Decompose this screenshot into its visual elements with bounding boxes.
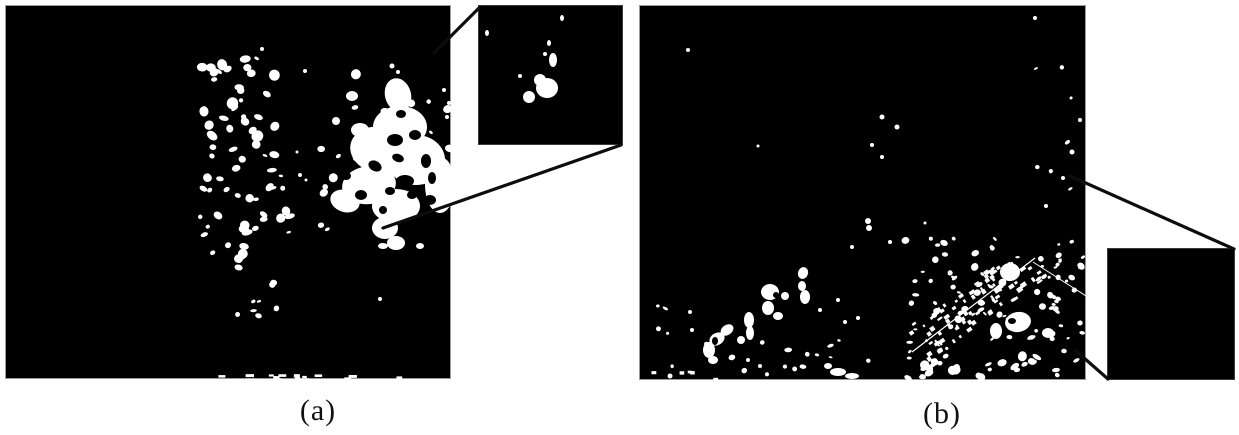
paper-figure: (a) (b) (0, 0, 1239, 435)
inset-connector-line (1070, 176, 1234, 249)
figure-canvas (0, 0, 1239, 435)
caption-panel-a: (a) (300, 394, 336, 428)
inset-a-magnified-view (479, 6, 623, 145)
panel-a-map (6, 6, 456, 382)
caption-panel-b: (b) (923, 397, 961, 431)
inset-b-magnified-view (1108, 249, 1235, 380)
panel-b-map (640, 6, 1087, 382)
